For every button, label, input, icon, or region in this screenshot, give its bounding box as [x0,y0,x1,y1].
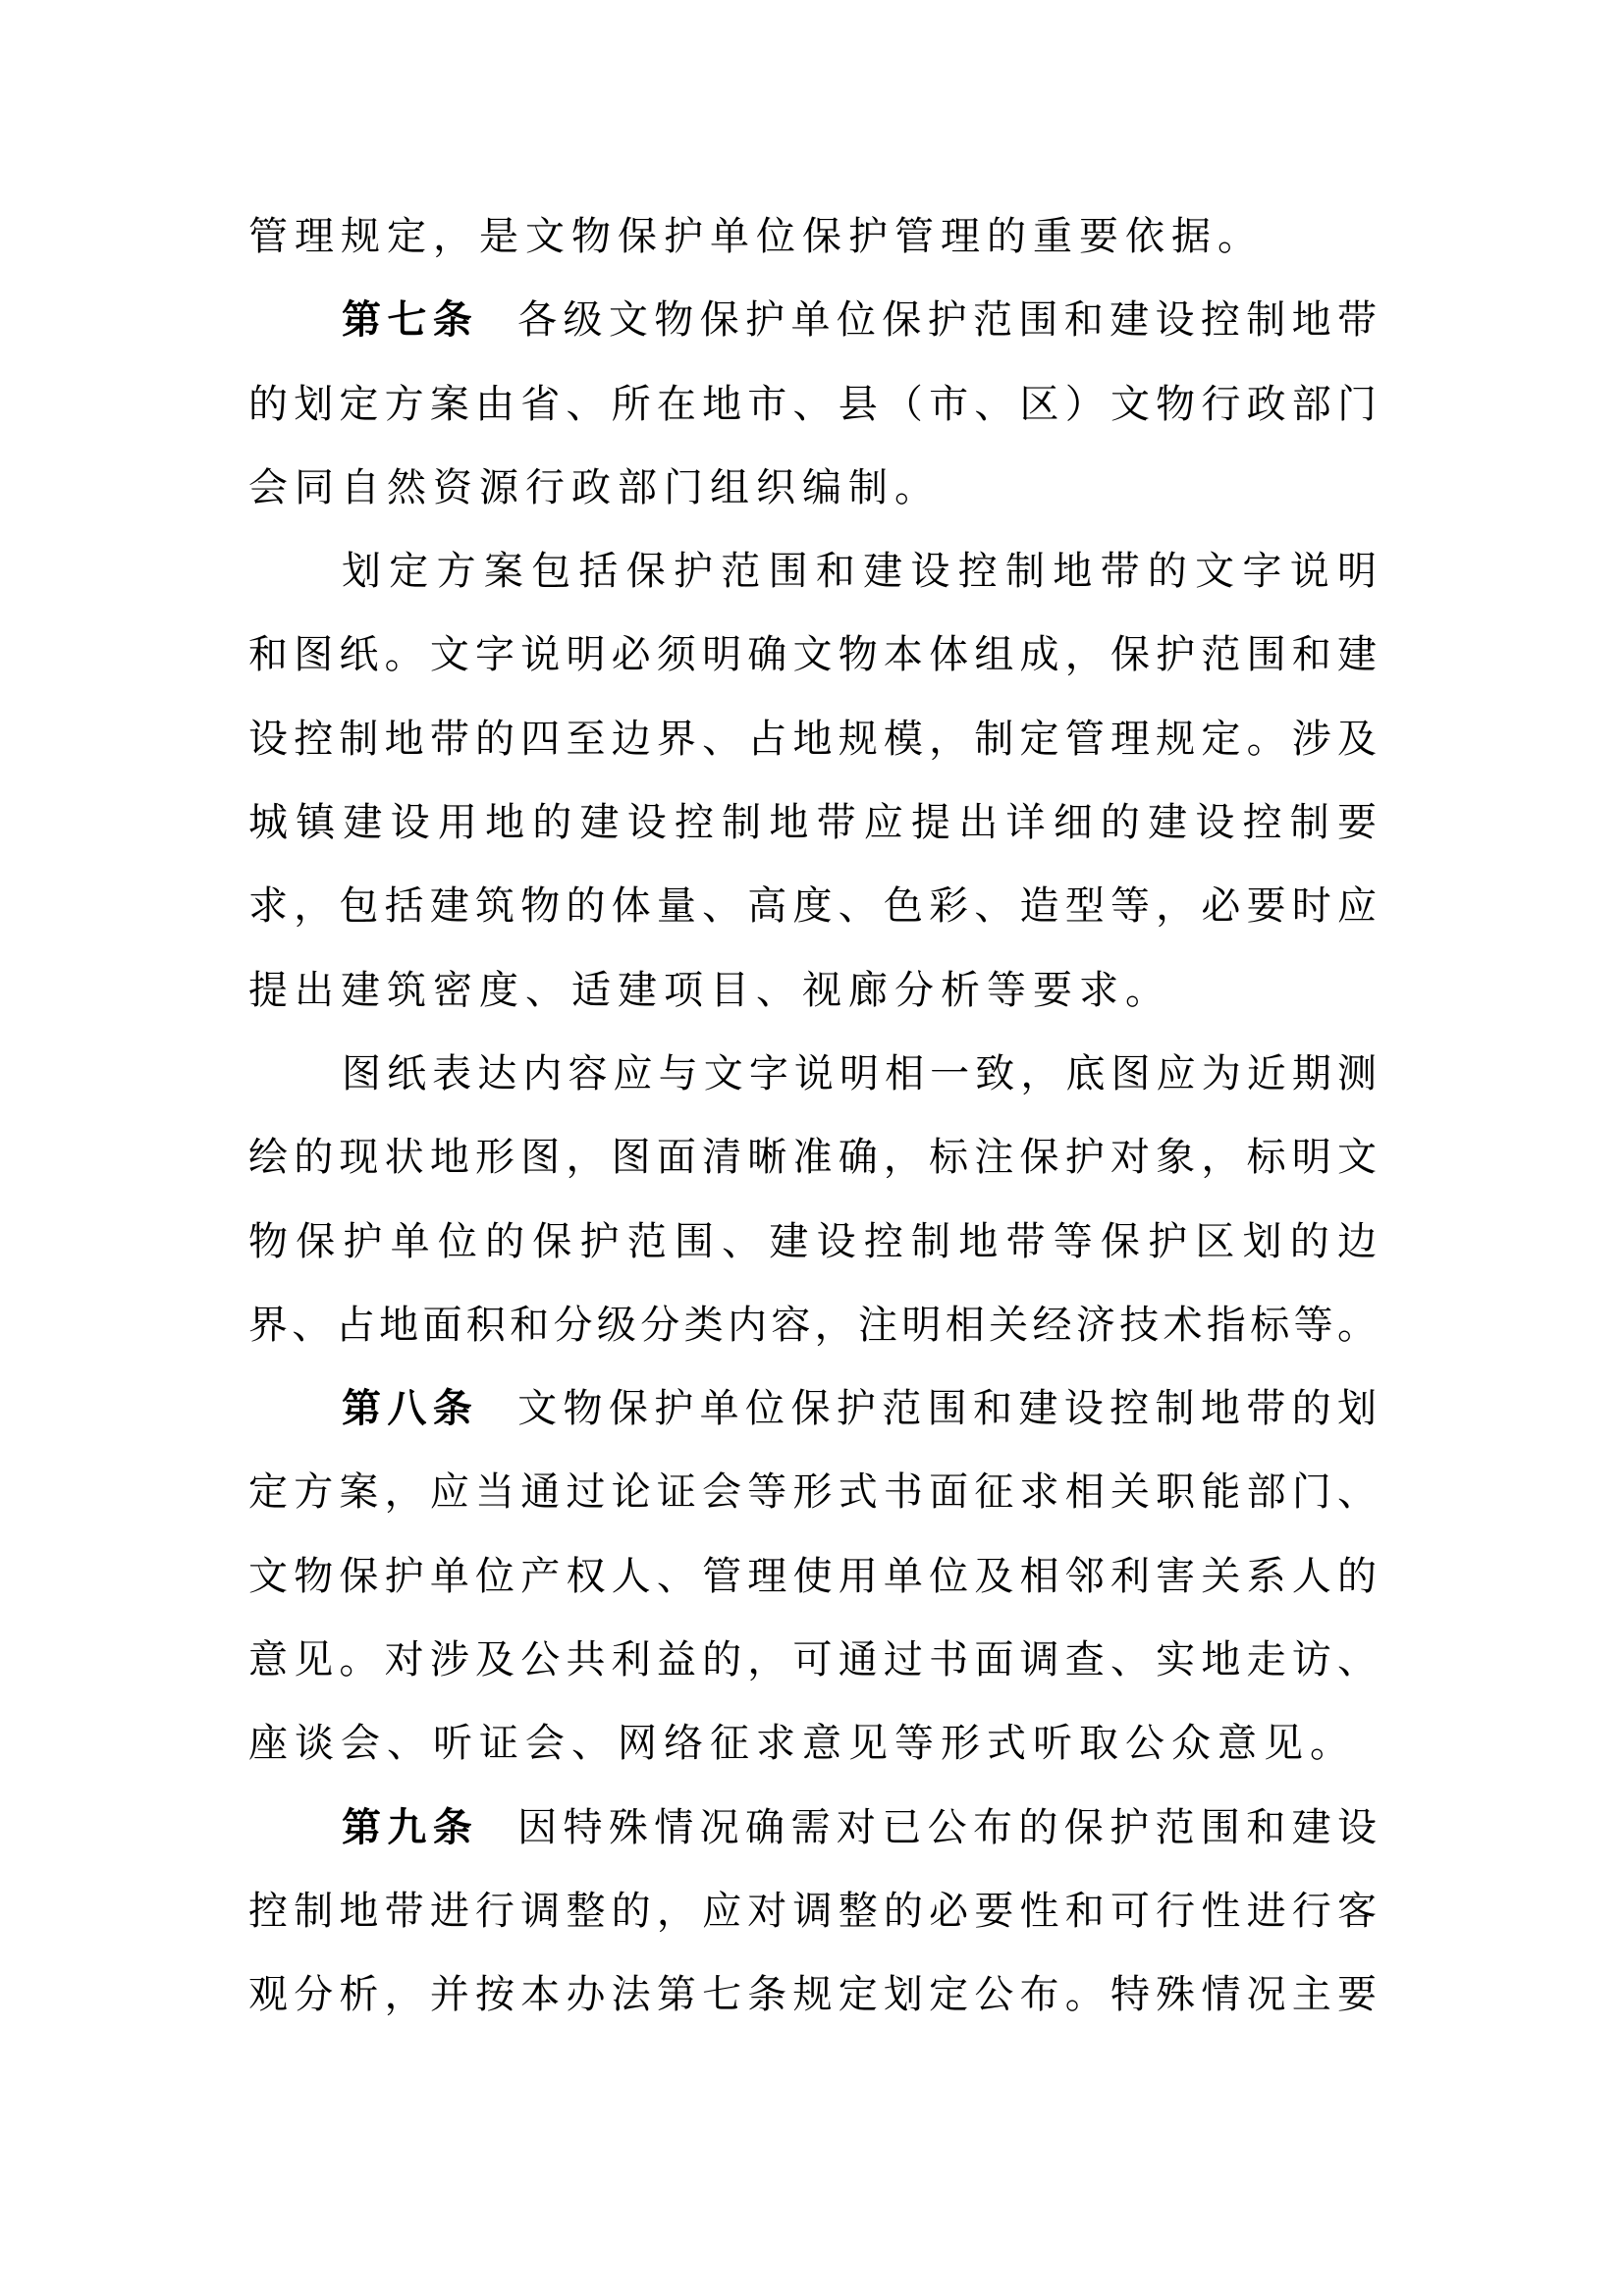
line-text: 的划定方案由省、所在地市、县（市、区）文物行政部门 [248,382,1377,426]
text-line: 管理规定，是文物保护单位保护管理的重要依据。 [248,194,1377,278]
text-line: 观分析，并按本办法第七条规定划定公布。特殊情况主要 [248,1952,1377,2036]
text-line: 第八条文物保护单位保护范围和建设控制地带的划 [248,1366,1377,1450]
text-line: 城镇建设用地的建设控制地带应提出详细的建设控制要 [248,780,1377,864]
text-line: 物保护单位的保护范围、建设控制地带等保护区划的边 [248,1200,1377,1283]
document-body: 管理规定，是文物保护单位保护管理的重要依据。第七条各级文物保护单位保护范围和建设… [248,194,1377,2037]
line-text: 各级文物保护单位保护范围和建设控制地带 [517,297,1377,342]
line-text: 文物保护单位保护范围和建设控制地带的划 [517,1386,1377,1430]
article-number: 第八条 [342,1386,478,1430]
paragraph-continuation: 管理规定，是文物保护单位保护管理的重要依据。 [248,194,1377,278]
line-text: 会同自然资源行政部门组织编制。 [248,465,941,509]
text-line: 提出建筑密度、适建项目、视廊分析等要求。 [248,948,1377,1032]
line-text: 座谈会、听证会、网络征求意见等形式听取公众意见。 [248,1721,1356,1765]
line-text: 图纸表达内容应与文字说明相一致，底图应为近期测 [342,1051,1377,1095]
text-line: 座谈会、听证会、网络征求意见等形式听取公众意见。 [248,1701,1377,1785]
text-line: 文物保护单位产权人、管理使用单位及相邻利害关系人的 [248,1534,1377,1618]
text-line: 界、占地面积和分级分类内容，注明相关经济技术指标等。 [248,1283,1377,1366]
line-text: 提出建筑密度、适建项目、视廊分析等要求。 [248,968,1171,1012]
line-text: 划定方案包括保护范围和建设控制地带的文字说明 [342,549,1377,593]
article-7-drawing-requirements: 图纸表达内容应与文字说明相一致，底图应为近期测绘的现状地形图，图面清晰准确，标注… [248,1032,1377,1366]
line-text: 物保护单位的保护范围、建设控制地带等保护区划的边 [248,1219,1377,1263]
line-text: 界、占地面积和分级分类内容，注明相关经济技术指标等。 [248,1303,1377,1347]
text-line: 和图纸。文字说明必须明确文物本体组成，保护范围和建 [248,613,1377,696]
line-text: 绘的现状地形图，图面清晰准确，标注保护对象，标明文 [248,1135,1377,1179]
text-line: 会同自然资源行政部门组织编制。 [248,446,1377,529]
text-line: 绘的现状地形图，图面清晰准确，标注保护对象，标明文 [248,1115,1377,1199]
line-text: 文物保护单位产权人、管理使用单位及相邻利害关系人的 [248,1554,1377,1598]
article-number: 第九条 [342,1805,478,1849]
line-text: 求，包括建筑物的体量、高度、色彩、造型等，必要时应 [248,883,1377,928]
line-text: 城镇建设用地的建设控制地带应提出详细的建设控制要 [248,800,1377,844]
text-line: 的划定方案由省、所在地市、县（市、区）文物行政部门 [248,362,1377,446]
text-line: 意见。对涉及公共利益的，可通过书面调查、实地走访、 [248,1618,1377,1701]
line-text: 控制地带进行调整的，应对调整的必要性和可行性进行客 [248,1889,1377,1933]
text-line: 划定方案包括保护范围和建设控制地带的文字说明 [248,529,1377,613]
line-text: 观分析，并按本办法第七条规定划定公布。特殊情况主要 [248,1972,1377,2016]
text-line: 设控制地带的四至边界、占地规模，制定管理规定。涉及 [248,697,1377,780]
line-text: 管理规定，是文物保护单位保护管理的重要依据。 [248,214,1264,258]
article-9: 第九条因特殊情况确需对已公布的保护范围和建设控制地带进行调整的，应对调整的必要性… [248,1786,1377,2037]
line-text: 定方案，应当通过论证会等形式书面征求相关职能部门、 [248,1469,1377,1514]
text-line: 第七条各级文物保护单位保护范围和建设控制地带 [248,278,1377,361]
article-7-plan-contents: 划定方案包括保护范围和建设控制地带的文字说明和图纸。文字说明必须明确文物本体组成… [248,529,1377,1032]
text-line: 求，包括建筑物的体量、高度、色彩、造型等，必要时应 [248,864,1377,947]
article-number: 第七条 [342,297,478,342]
article-7: 第七条各级文物保护单位保护范围和建设控制地带的划定方案由省、所在地市、县（市、区… [248,278,1377,529]
text-line: 控制地带进行调整的，应对调整的必要性和可行性进行客 [248,1869,1377,1952]
line-text: 意见。对涉及公共利益的，可通过书面调查、实地走访、 [248,1637,1377,1682]
line-text: 设控制地带的四至边界、占地规模，制定管理规定。涉及 [248,717,1377,761]
line-text: 因特殊情况确需对已公布的保护范围和建设 [517,1805,1377,1849]
text-line: 定方案，应当通过论证会等形式书面征求相关职能部门、 [248,1450,1377,1533]
document-page: 管理规定，是文物保护单位保护管理的重要依据。第七条各级文物保护单位保护范围和建设… [0,0,1624,2296]
article-8: 第八条文物保护单位保护范围和建设控制地带的划定方案，应当通过论证会等形式书面征求… [248,1366,1377,1785]
line-text: 和图纸。文字说明必须明确文物本体组成，保护范围和建 [248,632,1377,676]
text-line: 第九条因特殊情况确需对已公布的保护范围和建设 [248,1786,1377,1869]
text-line: 图纸表达内容应与文字说明相一致，底图应为近期测 [248,1032,1377,1115]
